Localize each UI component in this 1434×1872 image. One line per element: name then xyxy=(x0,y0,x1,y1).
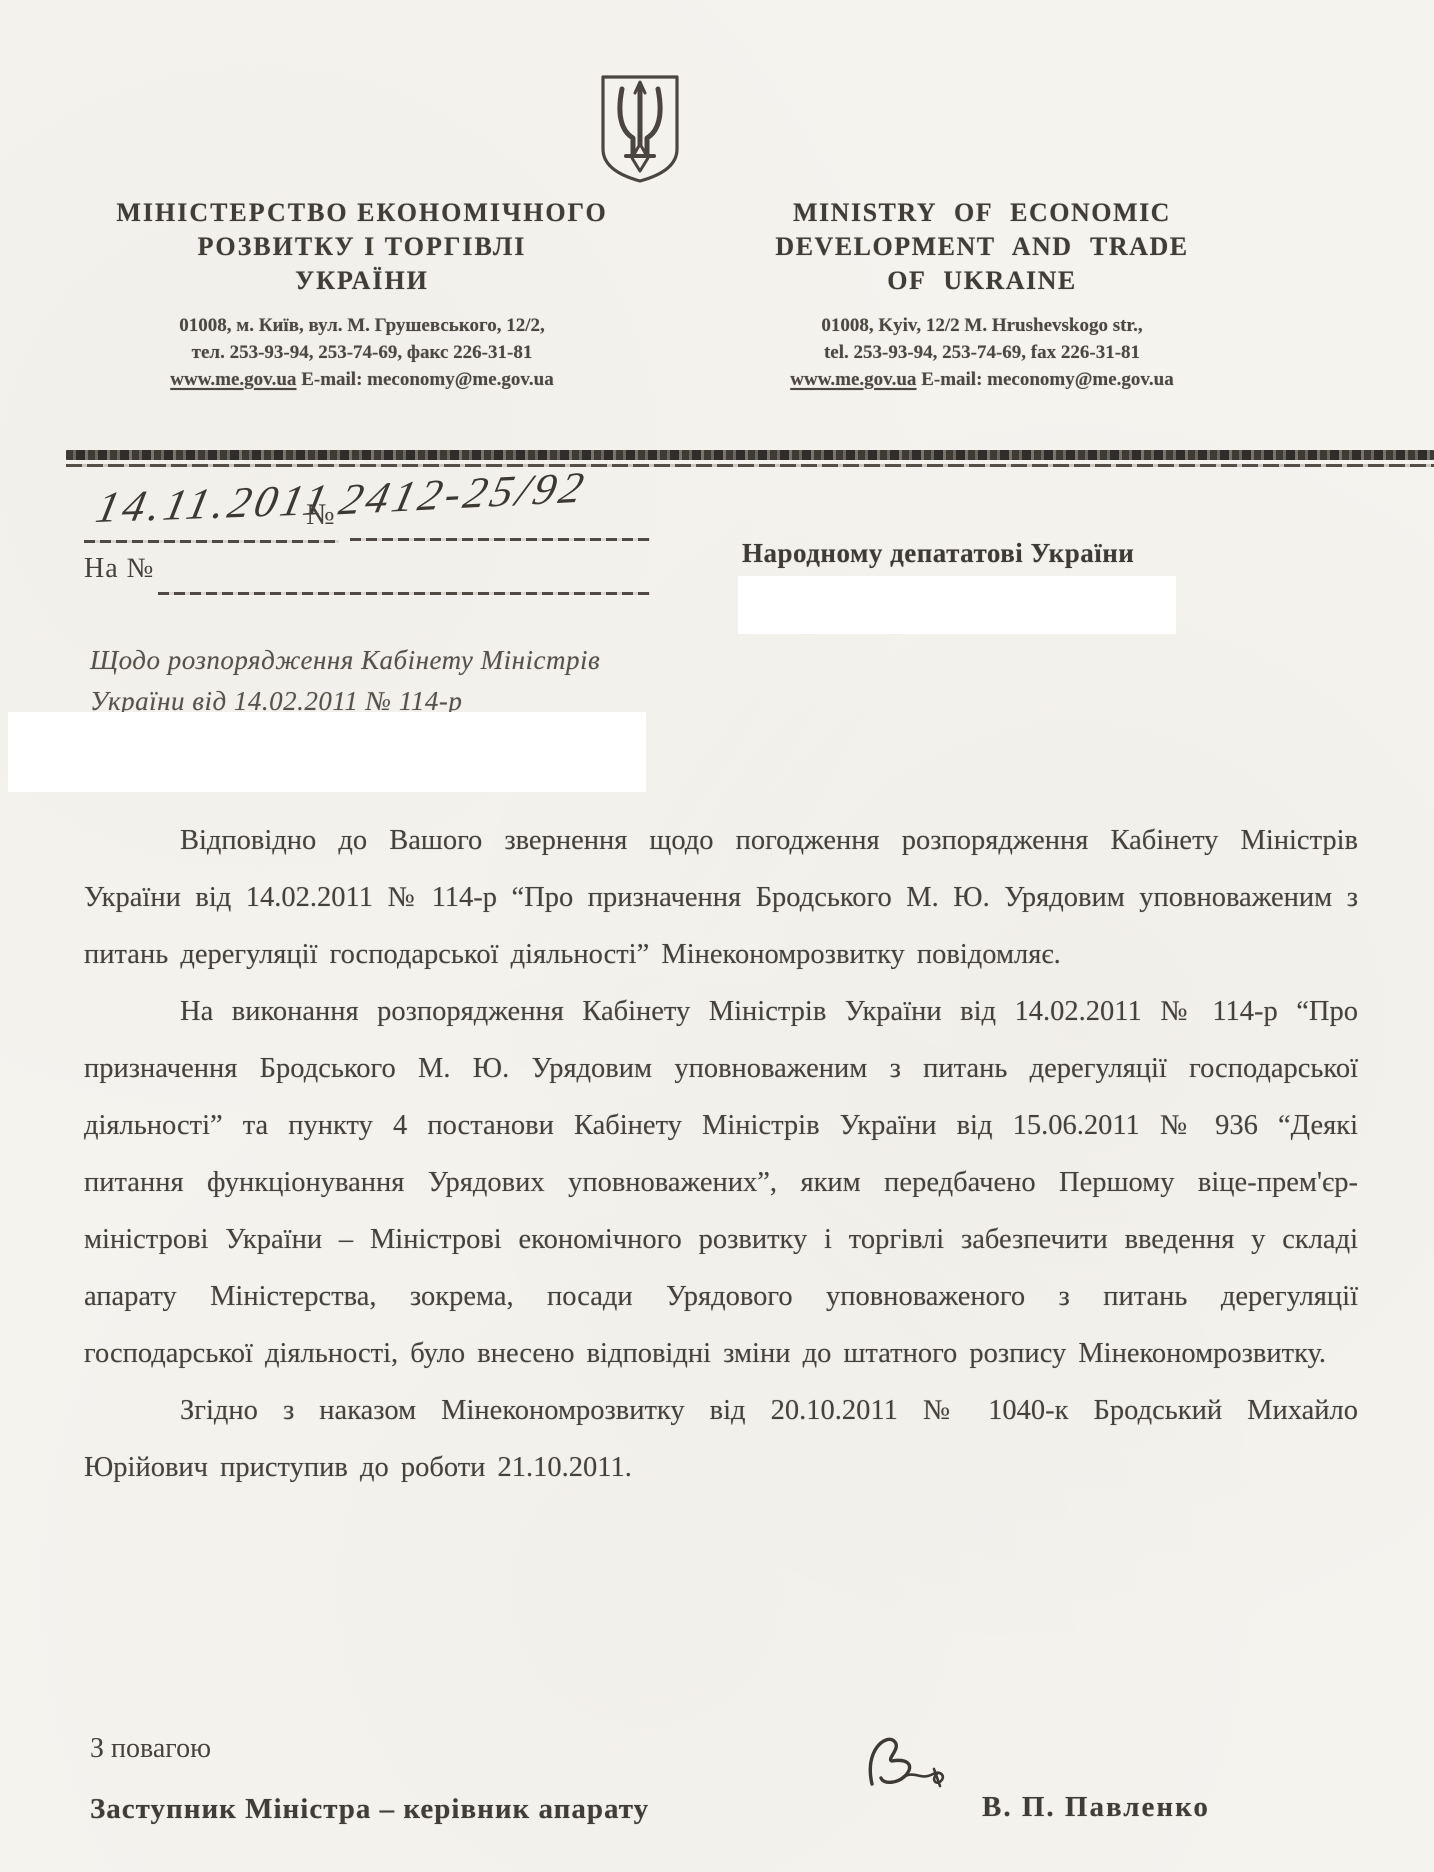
letterhead-divider xyxy=(66,450,1434,467)
org-name-en-line1: MINISTRY OF ECONOMIC xyxy=(702,196,1262,230)
handwritten-date: 14.11.2011 xyxy=(92,474,336,533)
date-underline xyxy=(84,540,339,543)
subject-block: Щодо розпорядження Кабінету Міністрів Ук… xyxy=(90,640,670,722)
org-header-english: MINISTRY OF ECONOMIC DEVELOPMENT AND TRA… xyxy=(702,196,1262,393)
reply-to-underline xyxy=(158,592,650,595)
address-line-en: 01008, Kyiv, 12/2 M. Hrushevskogo str., xyxy=(702,312,1262,339)
email-label-en: E-mail: xyxy=(921,369,982,390)
org-header-ukrainian: МІНІСТЕРСТВО ЕКОНОМІЧНОГО РОЗВИТКУ І ТОР… xyxy=(82,196,642,393)
email-address-en: meconomy@me.gov.ua xyxy=(987,369,1174,390)
org-name-en-line2: DEVELOPMENT AND TRADE xyxy=(702,230,1262,264)
body-paragraph-2: На виконання розпорядження Кабінету Міні… xyxy=(84,983,1358,1382)
handwritten-signature xyxy=(856,1728,974,1802)
website-link-en: www.me.gov.ua xyxy=(790,369,916,390)
divider-thin-line xyxy=(66,464,1434,467)
divider-thick-line xyxy=(66,450,1434,460)
trident-emblem-icon xyxy=(596,72,684,186)
subject-line1: Щодо розпорядження Кабінету Міністрів xyxy=(90,640,670,681)
signer-position: Заступник Міністра – керівник апарату xyxy=(90,1793,649,1826)
address-line-uk: 01008, м. Київ, вул. М. Грушевського, 12… xyxy=(82,312,642,339)
org-name-uk-line1: МІНІСТЕРСТВО ЕКОНОМІЧНОГО xyxy=(82,196,642,230)
reply-to-label: На № xyxy=(84,553,154,585)
scanned-letter-page: { "header": { "left": { "name_lines": ["… xyxy=(0,0,1434,1872)
letter-body: Відповідно до Вашого звернення щодо пого… xyxy=(84,812,1358,1496)
handwritten-outgoing-number: 2412-25/92 xyxy=(334,462,592,526)
org-name-uk-line3: УКРАЇНИ xyxy=(82,264,642,298)
web-email-line-en: www.me.gov.ua E-mail: meconomy@me.gov.ua xyxy=(702,366,1262,393)
phone-line-en: tel. 253-93-94, 253-74-69, fax 226-31-81 xyxy=(702,339,1262,366)
org-contact-en: 01008, Kyiv, 12/2 M. Hrushevskogo str., … xyxy=(702,312,1262,393)
phone-line-uk: тел. 253-93-94, 253-74-69, факс 226-31-8… xyxy=(82,339,642,366)
redaction-box-left xyxy=(8,712,646,792)
org-contact-uk: 01008, м. Київ, вул. М. Грушевського, 12… xyxy=(82,312,642,393)
org-name-en-line3: OF UKRAINE xyxy=(702,264,1262,298)
body-paragraph-1: Відповідно до Вашого звернення щодо пого… xyxy=(84,812,1358,983)
email-label-uk: E-mail: xyxy=(301,369,362,390)
signer-name: В. П. Павленко xyxy=(982,1791,1210,1824)
redaction-box-addressee-name xyxy=(738,576,1176,634)
number-sign-label: № xyxy=(306,498,335,532)
website-link-uk: www.me.gov.ua xyxy=(170,369,296,390)
addressee-line: Народному депататові України xyxy=(742,538,1174,569)
closing-phrase: З повагою xyxy=(90,1733,211,1765)
body-paragraph-3: Згідно з наказом Мінекономрозвитку від 2… xyxy=(84,1382,1358,1496)
email-address-uk: meconomy@me.gov.ua xyxy=(367,369,554,390)
number-underline xyxy=(350,538,650,541)
web-email-line-uk: www.me.gov.ua E-mail: meconomy@me.gov.ua xyxy=(82,366,642,393)
org-name-uk-line2: РОЗВИТКУ І ТОРГІВЛІ xyxy=(82,230,642,264)
